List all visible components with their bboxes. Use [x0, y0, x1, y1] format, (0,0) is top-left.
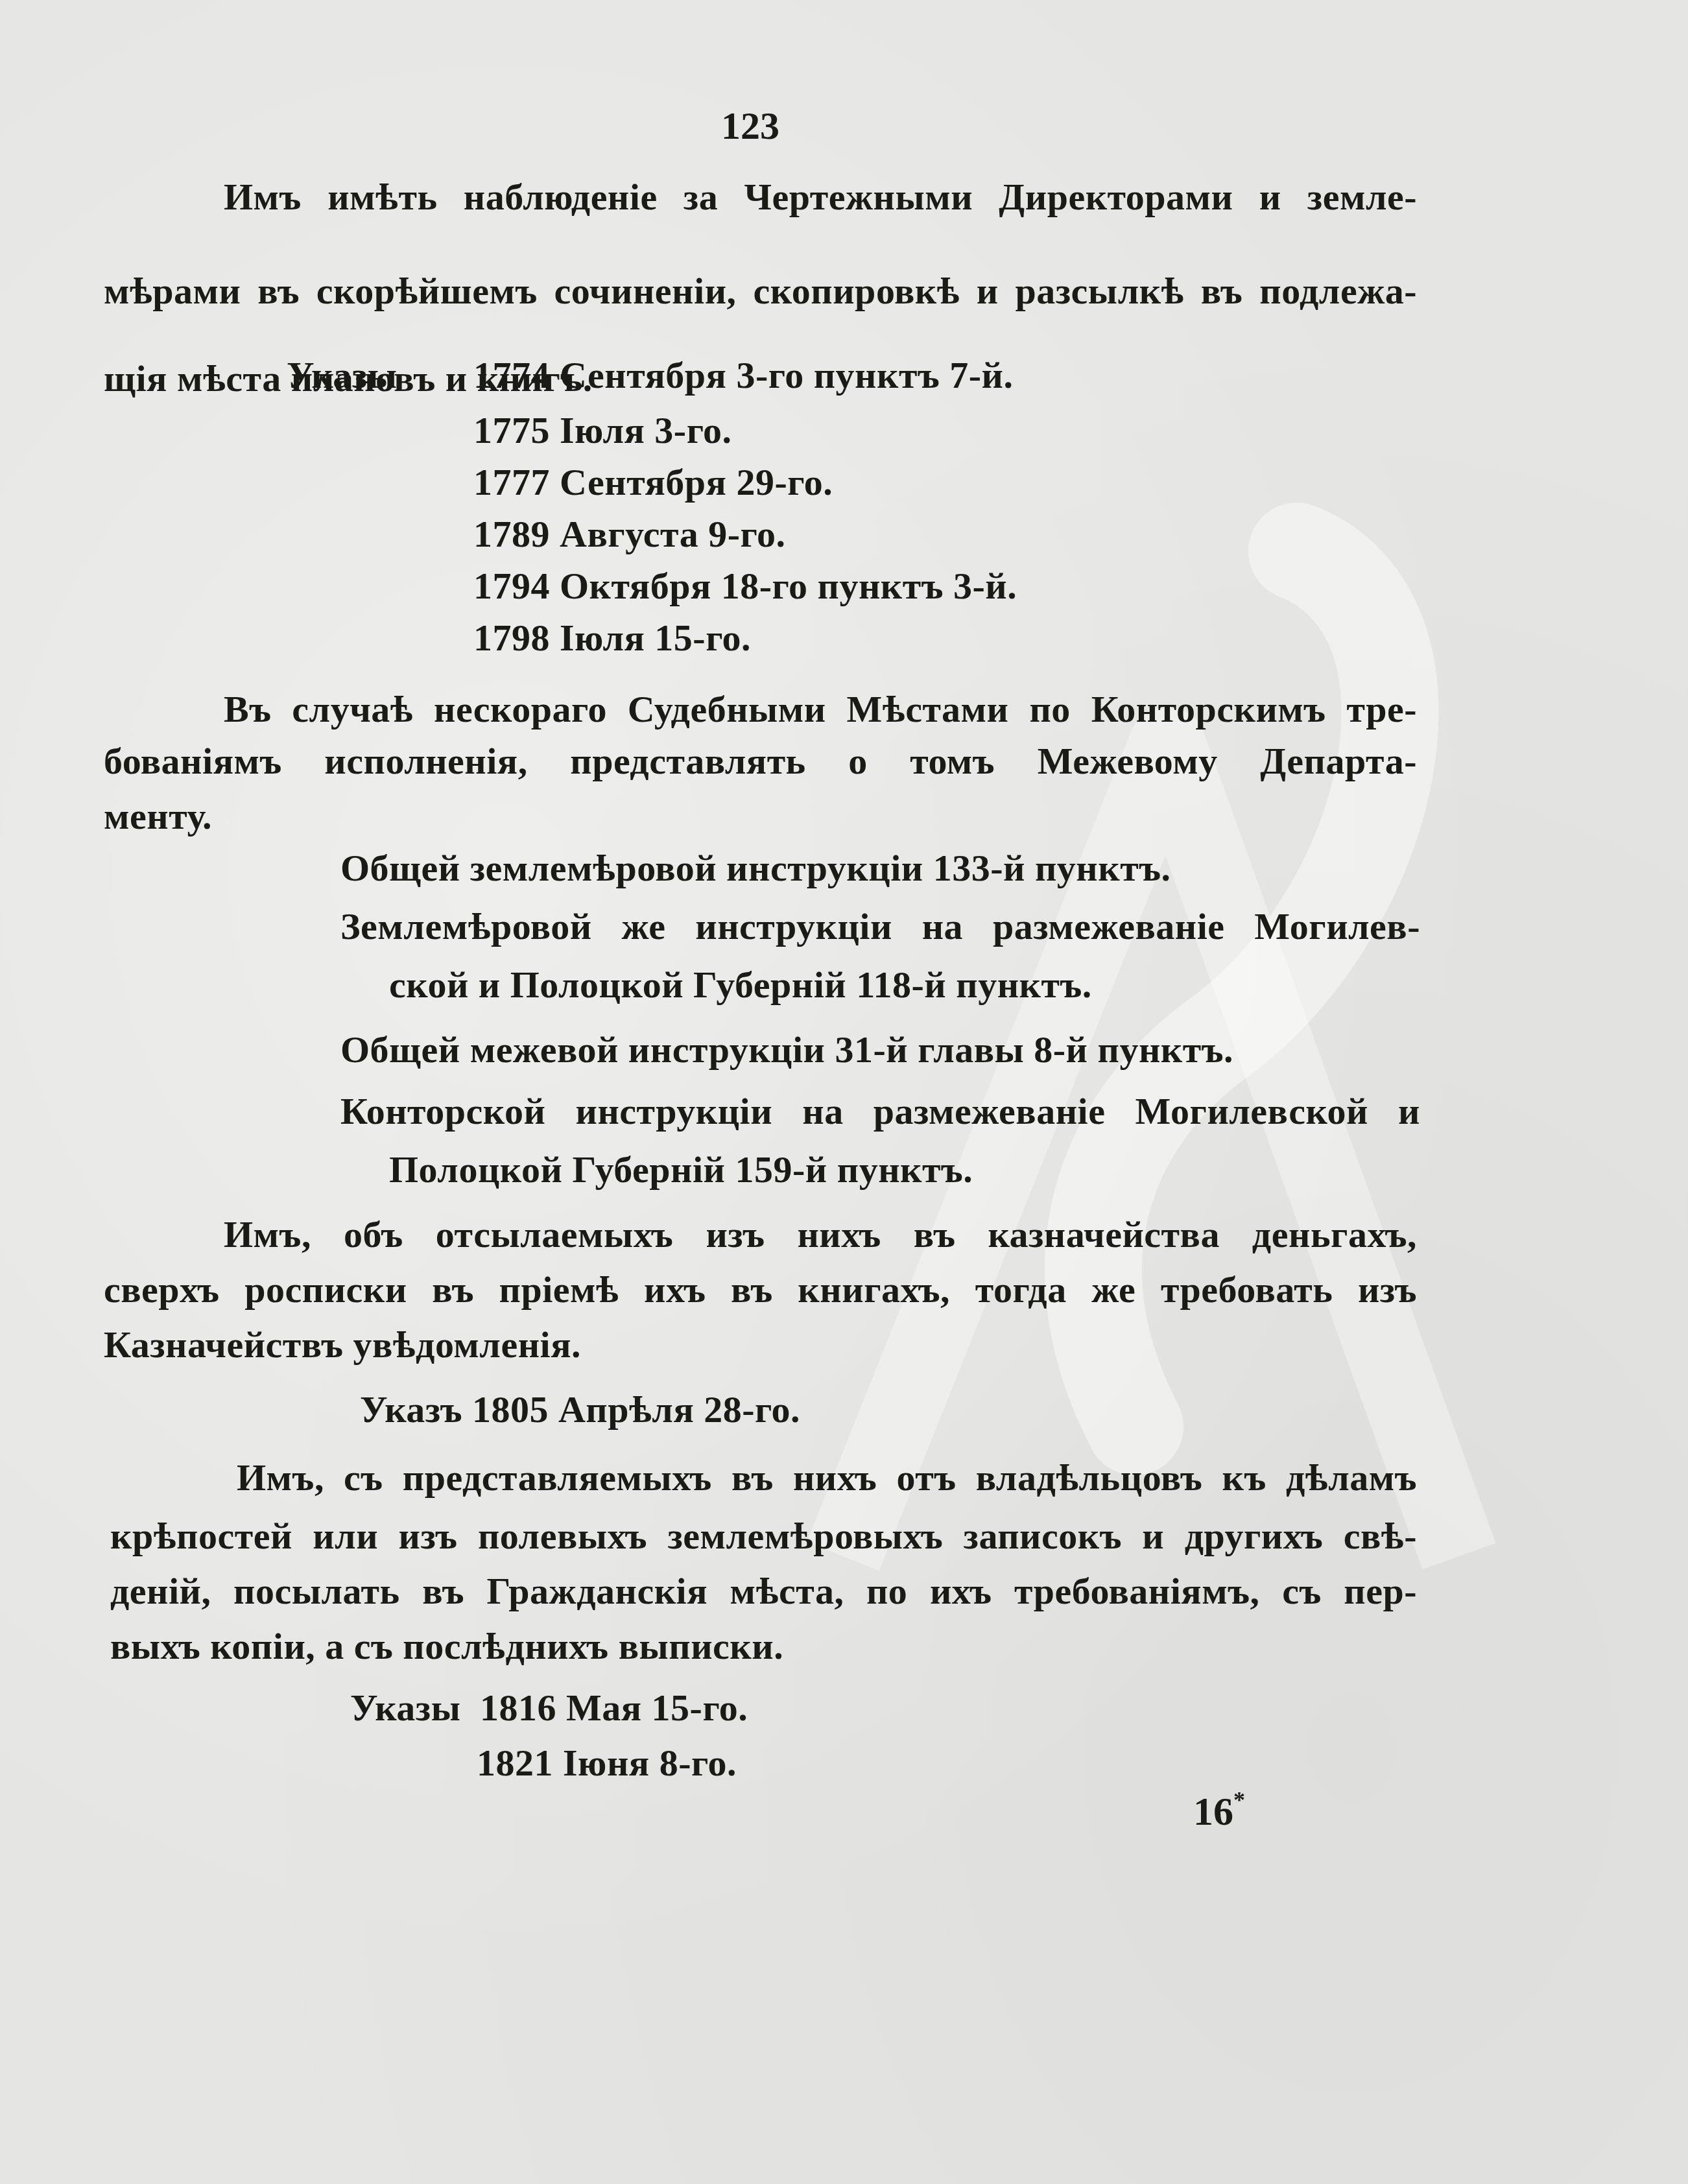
scanned-page: 123 Имъ имѣть наблюденіе за Чертежными Д…	[0, 0, 1688, 2184]
signature-mark: 16*	[1193, 1786, 1245, 1835]
ukaz-entry-1798: 1798 Іюля 15-го.	[473, 616, 751, 659]
paragraph-4-line-3: деній, посылать въ Гражданскія мѣста, по…	[110, 1569, 1417, 1613]
ukaz-entry-1821: 1821 Іюня 8-го.	[477, 1741, 737, 1785]
signature-number: 16	[1193, 1790, 1233, 1834]
ukaz-1805: Указъ 1805 Апрѣля 28-го.	[360, 1388, 800, 1431]
paragraph-3-line-3: Казначействъ увѣдомленія.	[104, 1323, 581, 1366]
paragraph-4-line-4: выхъ копіи, а съ послѣднихъ выписки.	[110, 1624, 783, 1668]
reference-line-3: ской и Полоцкой Губерній 118-й пунктъ.	[389, 963, 1092, 1006]
ukaz-entry-1816: 1816 Мая 15-го.	[480, 1686, 748, 1729]
reference-line-5: Конторской инструкціи на размежеваніе Мо…	[340, 1089, 1420, 1133]
paragraph-3-line-1: Имъ, объ отсылаемыхъ изъ нихъ въ казначе…	[224, 1213, 1417, 1256]
ukaz-entry-1794: 1794 Октября 18-го пунктъ 3-й.	[473, 564, 1017, 608]
paragraph-1-line-2: мѣрами въ скорѣйшемъ сочиненіи, скопиров…	[104, 269, 1417, 313]
paragraph-4-line-2: крѣпостей или изъ полевыхъ землемѣровыхъ…	[110, 1514, 1417, 1558]
reference-line-1: Общей землемѣровой инструкціи 133-й пунк…	[340, 846, 1171, 890]
paragraph-1-line-1: Имъ имѣть наблюденіе за Чертежными Дирек…	[224, 175, 1417, 219]
ukazy-prefix: Указы	[287, 353, 397, 397]
reference-line-2: Землемѣровой же инструкціи на размежеван…	[340, 905, 1420, 948]
ukazy-final-prefix: Указы	[350, 1686, 460, 1729]
reference-line-6: Полоцкой Губерній 159-й пунктъ.	[389, 1148, 973, 1191]
reference-line-4: Общей межевой инструкціи 31-й главы 8-й …	[340, 1028, 1233, 1071]
ukaz-entry-1789: 1789 Августа 9-го.	[473, 512, 785, 556]
paragraph-3-line-2: сверхъ росписки въ пріемѣ ихъ въ книгахъ…	[104, 1268, 1417, 1311]
ukaz-entry-1775: 1775 Іюля 3-го.	[473, 409, 732, 452]
paragraph-2-line-3: менту.	[104, 794, 212, 838]
paragraph-2-line-1: Въ случаѣ нескораго Судебными Мѣстами по…	[224, 687, 1417, 731]
ukaz-entry-1774: 1774 Сентября 3-го пунктъ 7-й.	[473, 353, 1014, 397]
page-number: 123	[721, 104, 779, 148]
ukaz-entry-1777: 1777 Сентября 29-го.	[473, 460, 833, 504]
signature-star: *	[1233, 1787, 1245, 1813]
paragraph-2-line-2: бованіямъ исполненія, представлять о том…	[104, 739, 1417, 783]
paragraph-4-line-1: Имъ, съ представляемыхъ въ нихъ отъ влад…	[237, 1456, 1417, 1499]
